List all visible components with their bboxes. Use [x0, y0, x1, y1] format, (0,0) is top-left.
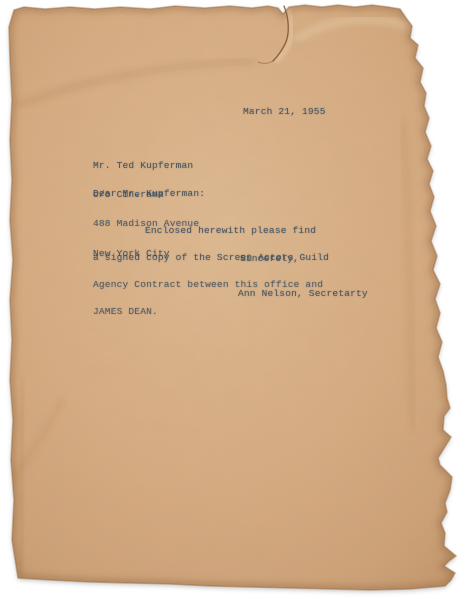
salutation-line: Dear Mr. Kupferman: — [93, 188, 205, 199]
date-line: March 21, 1955 — [243, 106, 326, 117]
recipient-name: Mr. Ted Kupferman — [93, 161, 199, 171]
letter-photo: March 21, 1955 Mr. Ted Kupferman c/o Cin… — [0, 0, 467, 599]
signature-line: Ann Nelson, Secretarty — [238, 288, 368, 299]
body-line: Enclosed herewith please find — [93, 226, 329, 235]
typewritten-text-layer: March 21, 1955 Mr. Ted Kupferman c/o Cin… — [0, 0, 467, 599]
letter-body: Enclosed herewith please find a signed c… — [93, 208, 329, 334]
closing-line: Sincerely, — [240, 253, 299, 264]
body-line: JAMES DEAN. — [93, 307, 329, 316]
